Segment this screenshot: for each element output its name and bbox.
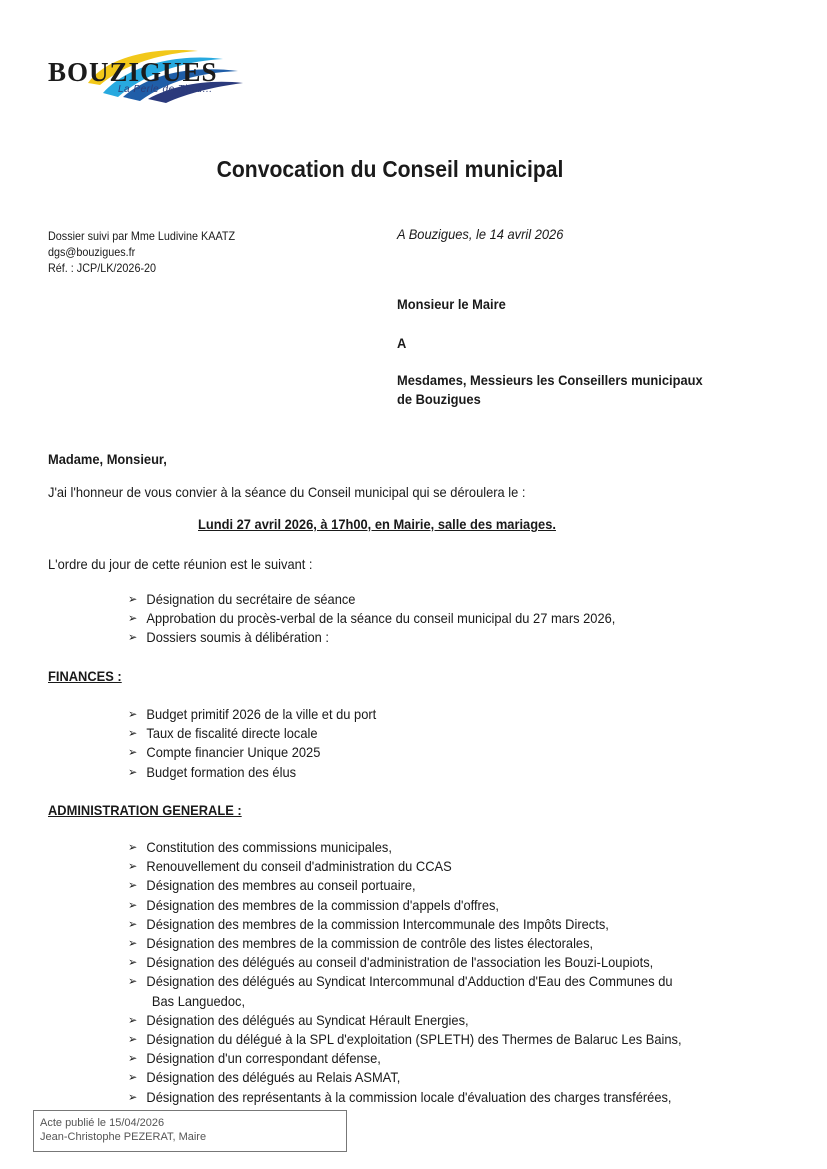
logo-tagline: La Perle de Thau... xyxy=(118,84,213,95)
arrow-bullet-icon: ➢ xyxy=(128,857,137,876)
arrow-bullet-icon: ➢ xyxy=(128,1068,137,1087)
arrow-bullet-icon: ➢ xyxy=(128,705,137,724)
list-item-continuation: Bas Languedoc, xyxy=(146,992,681,1011)
arrow-bullet-icon: ➢ xyxy=(128,953,137,972)
list-item: ➢Désignation des membres au conseil port… xyxy=(128,876,682,895)
arrow-bullet-icon: ➢ xyxy=(128,972,137,991)
sender-ref: Réf. : JCP/LK/2026-20 xyxy=(48,260,235,276)
list-item: ➢Désignation d'un correspondant défense, xyxy=(128,1049,682,1068)
list-item: ➢Désignation des délégués au Syndicat In… xyxy=(128,972,682,1010)
list-item: ➢Taux de fiscalité directe locale xyxy=(128,724,376,743)
recipient-to-line1: Mesdames, Messieurs les Conseillers muni… xyxy=(397,371,703,390)
stamp-line1: Acte publié le 15/04/2026 xyxy=(40,1116,340,1130)
arrow-bullet-icon: ➢ xyxy=(128,896,137,915)
page-title: Convocation du Conseil municipal xyxy=(31,156,749,183)
arrow-bullet-icon: ➢ xyxy=(128,628,137,647)
agenda-intro: L'ordre du jour de cette réunion est le … xyxy=(48,556,313,572)
arrow-bullet-icon: ➢ xyxy=(128,876,137,895)
list-item: ➢Désignation des délégués au Relais ASMA… xyxy=(128,1068,682,1087)
agenda-general-list: ➢Désignation du secrétaire de séance ➢Ap… xyxy=(128,590,615,648)
arrow-bullet-icon: ➢ xyxy=(128,743,137,762)
finances-list: ➢Budget primitif 2026 de la ville et du … xyxy=(128,705,376,782)
arrow-bullet-icon: ➢ xyxy=(128,590,137,609)
arrow-bullet-icon: ➢ xyxy=(128,934,137,953)
recipient-to-line2: de Bouzigues xyxy=(397,390,703,409)
list-item: ➢Budget primitif 2026 de la ville et du … xyxy=(128,705,376,724)
place-date: A Bouzigues, le 14 avril 2026 xyxy=(397,226,563,242)
list-item: ➢Désignation du secrétaire de séance xyxy=(128,590,615,609)
list-item: ➢Renouvellement du conseil d'administrat… xyxy=(128,857,682,876)
arrow-bullet-icon: ➢ xyxy=(128,1049,137,1068)
recipient-from: Monsieur le Maire xyxy=(397,295,506,314)
section-heading-administration: ADMINISTRATION GENERALE : xyxy=(48,802,242,818)
recipient-to: Mesdames, Messieurs les Conseillers muni… xyxy=(397,371,703,409)
arrow-bullet-icon: ➢ xyxy=(128,915,137,934)
administration-list: ➢Constitution des commissions municipale… xyxy=(128,838,682,1107)
publication-stamp: Acte publié le 15/04/2026 Jean-Christoph… xyxy=(33,1110,347,1152)
arrow-bullet-icon: ➢ xyxy=(128,763,137,782)
arrow-bullet-icon: ➢ xyxy=(128,1088,137,1107)
arrow-bullet-icon: ➢ xyxy=(128,1011,137,1030)
sender-block: Dossier suivi par Mme Ludivine KAATZ dgs… xyxy=(48,228,235,276)
list-item: ➢Constitution des commissions municipale… xyxy=(128,838,682,857)
list-item: ➢Dossiers soumis à délibération : xyxy=(128,628,615,647)
list-item: ➢Approbation du procès-verbal de la séan… xyxy=(128,609,615,628)
intro-text: J'ai l'honneur de vous convier à la séan… xyxy=(48,484,525,500)
arrow-bullet-icon: ➢ xyxy=(128,838,137,857)
salutation: Madame, Monsieur, xyxy=(48,451,167,467)
list-item: ➢Désignation des membres de la commissio… xyxy=(128,915,682,934)
list-item: ➢Désignation des délégués au conseil d'a… xyxy=(128,953,682,972)
list-item: ➢Désignation des représentants à la comm… xyxy=(128,1088,682,1107)
list-item: ➢Désignation des membres de la commissio… xyxy=(128,934,682,953)
arrow-bullet-icon: ➢ xyxy=(128,1030,137,1049)
section-heading-finances: FINANCES : xyxy=(48,668,122,684)
sender-email: dgs@bouzigues.fr xyxy=(48,244,235,260)
list-item: ➢Compte financier Unique 2025 xyxy=(128,743,376,762)
list-item: ➢Désignation des délégués au Syndicat Hé… xyxy=(128,1011,682,1030)
arrow-bullet-icon: ➢ xyxy=(128,724,137,743)
list-item: ➢Désignation des membres de la commissio… xyxy=(128,896,682,915)
list-item: ➢Désignation du délégué à la SPL d'explo… xyxy=(128,1030,682,1049)
recipient-to-label: A xyxy=(397,334,406,353)
meeting-details: Lundi 27 avril 2026, à 17h00, en Mairie,… xyxy=(198,516,556,532)
bouzigues-logo: BOUZIGUES La Perle de Thau... xyxy=(48,45,248,105)
arrow-bullet-icon: ➢ xyxy=(128,609,137,628)
list-item: ➢Budget formation des élus xyxy=(128,763,376,782)
sender-dossier: Dossier suivi par Mme Ludivine KAATZ xyxy=(48,228,235,244)
stamp-line2: Jean-Christophe PEZERAT, Maire xyxy=(40,1130,340,1144)
